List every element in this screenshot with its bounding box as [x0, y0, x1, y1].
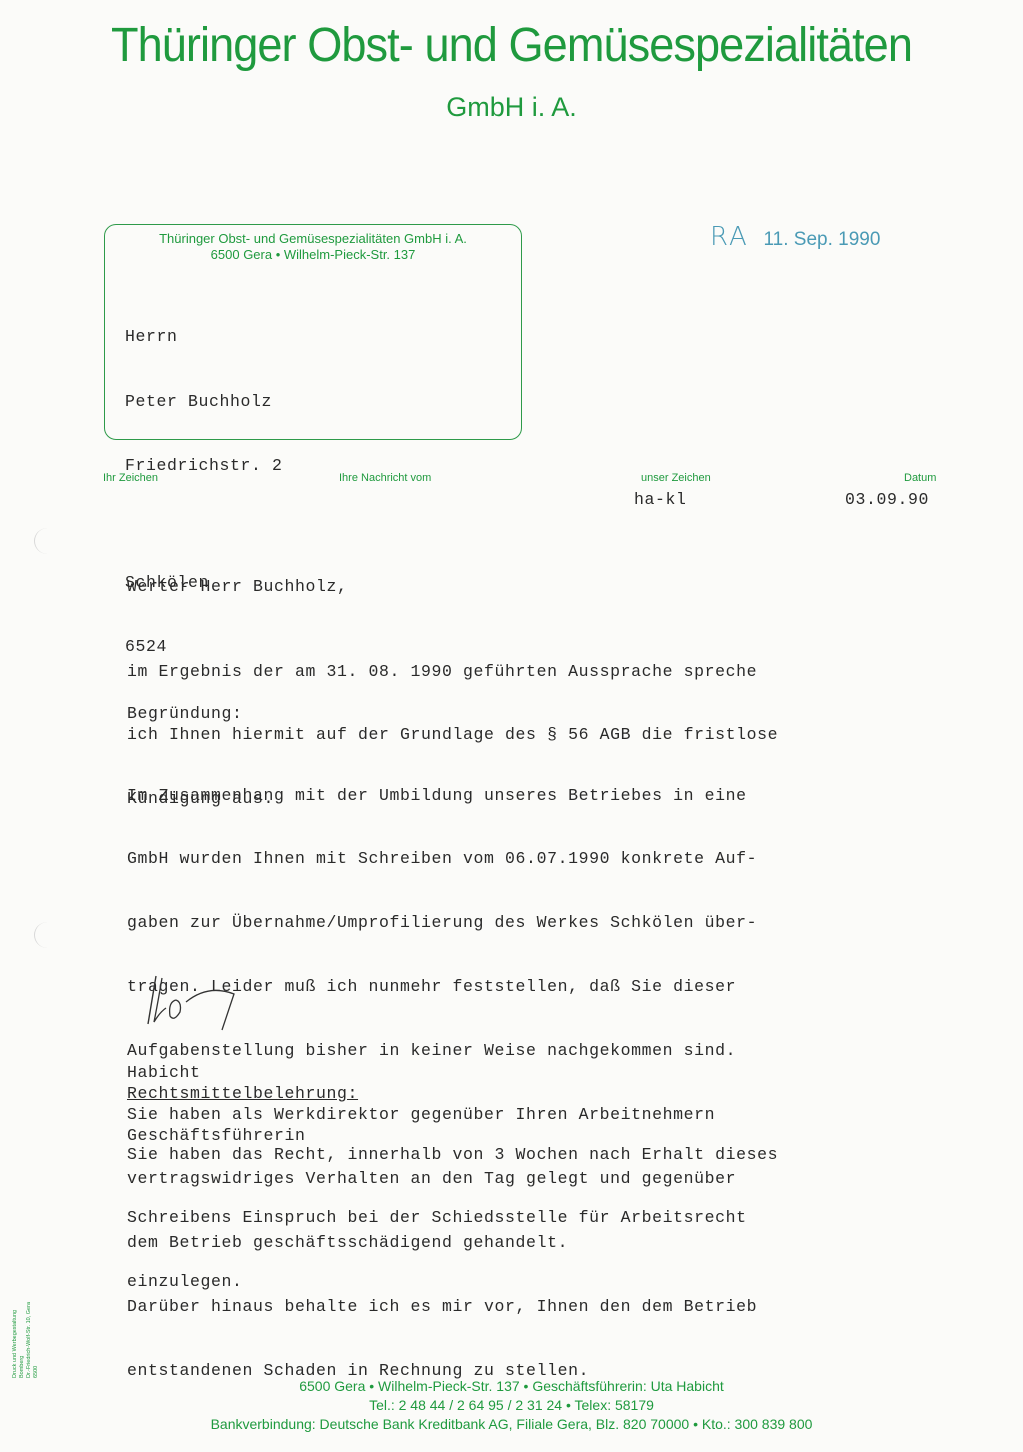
- printer-imprint-line: Druck und Werbegestaltung Bomberg: [12, 1298, 26, 1378]
- company-legal-form: GmbH i. A.: [0, 92, 1023, 123]
- punch-hole-mark: [34, 922, 61, 948]
- signer-name: Habicht: [127, 1062, 306, 1083]
- greeting: Werter Herr Buchholz,: [127, 576, 348, 597]
- legal-remedy-text: Sie haben das Recht, innerhalb von 3 Woc…: [127, 1101, 778, 1314]
- ihr-zeichen-label: Ihr Zeichen: [103, 472, 158, 484]
- punch-hole-mark: [34, 528, 61, 554]
- sender-line-company: Thüringer Obst- und Gemüsespezialitäten …: [105, 231, 521, 246]
- text-line: einzulegen.: [127, 1271, 778, 1292]
- unser-zeichen-value: ha-kl: [634, 490, 687, 509]
- received-stamp: RA 11. Sep. 1990: [710, 222, 880, 252]
- ihre-nachricht-label: Ihre Nachricht vom: [339, 472, 431, 484]
- datum-value: 03.09.90: [845, 490, 929, 509]
- text-line: im Ergebnis der am 31. 08. 1990 geführte…: [127, 661, 778, 682]
- sender-line-address: 6500 Gera • Wilhelm-Pieck-Str. 137: [105, 247, 521, 262]
- footer-address: 6500 Gera • Wilhelm-Pieck-Str. 137 • Ges…: [0, 1377, 1023, 1396]
- stamp-date: 11. Sep. 1990: [763, 229, 880, 250]
- address-window: Thüringer Obst- und Gemüsespezialitäten …: [104, 224, 522, 440]
- letter-footer: 6500 Gera • Wilhelm-Pieck-Str. 137 • Ges…: [0, 1377, 1023, 1434]
- footer-contact: Tel.: 2 48 44 / 2 64 95 / 2 31 24 • Tele…: [0, 1396, 1023, 1415]
- footer-bank: Bankverbindung: Deutsche Bank Kreditbank…: [0, 1415, 1023, 1434]
- company-name: Thüringer Obst- und Gemüsespezialitäten: [31, 18, 993, 73]
- text-line: GmbH wurden Ihnen mit Schreiben vom 06.0…: [127, 848, 757, 869]
- text-line: gaben zur Übernahme/Umprofilierung des W…: [127, 912, 757, 933]
- unser-zeichen-label: unser Zeichen: [641, 472, 711, 484]
- stamp-initials: RA: [710, 222, 749, 252]
- printer-imprint: Druck und Werbegestaltung Bomberg Dr.-Fr…: [12, 1298, 40, 1378]
- reason-heading: Begründung:: [127, 703, 243, 724]
- datum-label: Datum: [904, 472, 936, 484]
- printer-imprint-line: Dr.-Friedrich-Wolf-Str. 10, Gera 6500: [26, 1298, 40, 1378]
- text-line: Schreibens Einspruch bei der Schiedsstel…: [127, 1207, 778, 1228]
- text-line: Sie haben das Recht, innerhalb von 3 Woc…: [127, 1144, 778, 1165]
- recipient-salutation: Herrn: [125, 326, 283, 348]
- recipient-name: Peter Buchholz: [125, 391, 283, 413]
- text-line: Im Zusammenhang mit der Umbildung unsere…: [127, 785, 757, 806]
